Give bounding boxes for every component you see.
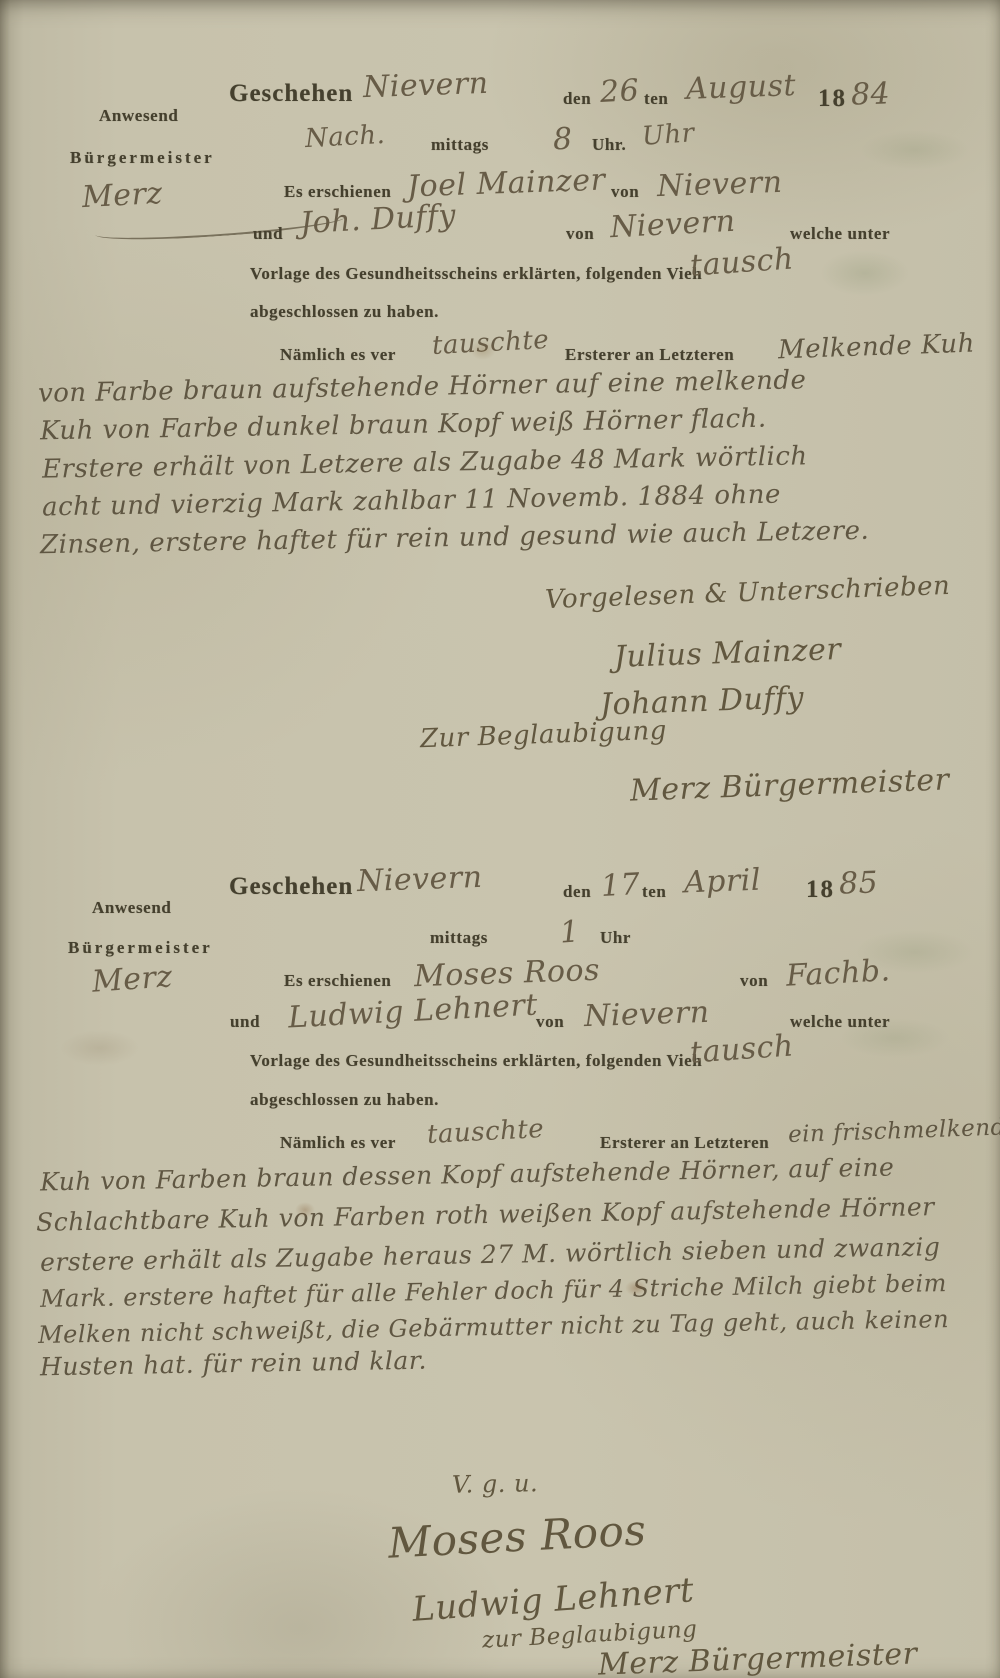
s2-year-hand: 85	[838, 865, 878, 901]
s2-naemlich-label: Nämlich es ver	[280, 1133, 396, 1153]
s2-signature-person1: Moses Roos	[387, 1505, 648, 1567]
s2-body-line: Mark. erstere haftet für alle Fehler doc…	[40, 1269, 947, 1313]
s1-text-start: Melkende Kuh	[778, 329, 976, 366]
s2-eserschienen-label: Es erschienen	[284, 971, 391, 991]
s1-body-line: acht und vierzig Mark zahlbar 11 Novemb.…	[42, 480, 781, 523]
s1-uhr-hand: Uhr	[641, 118, 696, 152]
s1-buergermeister-label: Bürgermeister	[70, 148, 215, 168]
s2-text-start: ein frischmelkende	[788, 1114, 1000, 1148]
s1-day: 26	[599, 73, 640, 110]
s1-geschehen-label: Geschehen	[229, 80, 353, 108]
s1-anwesend-label: Anwesend	[99, 106, 178, 126]
s2-abgeschlossen-label: abgeschlossen zu haben.	[250, 1090, 439, 1110]
s1-den-label: den	[563, 89, 591, 109]
s1-person2: Joh. Duffy	[299, 198, 457, 241]
s1-ten-label: ten	[644, 89, 668, 109]
s2-body-line: Melken nicht schweißt, die Gebärmutter n…	[38, 1305, 949, 1349]
s1-person1-place: Nievern	[656, 165, 783, 204]
s1-mittags-label: mittags	[431, 135, 489, 155]
s2-person2-place: Nievern	[583, 995, 710, 1034]
s1-von2-label: von	[566, 224, 594, 244]
s1-place: Nievern	[362, 66, 489, 105]
s1-ver-word: tauschte	[431, 325, 550, 361]
s2-ten-label: ten	[642, 882, 666, 902]
s2-body-line: Husten hat. für rein und klar.	[40, 1346, 427, 1382]
s2-vieh-word: tausch	[689, 1028, 795, 1070]
s1-eserschienen-label: Es erschienen	[284, 182, 391, 202]
s2-year-printed: 18	[806, 876, 835, 904]
s1-year-printed: 18	[818, 85, 847, 113]
s2-anwesend-label: Anwesend	[92, 898, 171, 918]
s2-von2-label: von	[536, 1012, 564, 1032]
s2-margin-signature: Merz	[91, 959, 174, 1000]
s2-den-label: den	[563, 882, 591, 902]
s2-body-line: Schlachtbare Kuh von Farben roth weißen …	[36, 1192, 935, 1237]
s1-abgeschlossen-label: abgeschlossen zu haben.	[250, 302, 439, 322]
s2-body-line: erstere erhält als Zugabe heraus 27 M. w…	[40, 1232, 941, 1277]
s2-day: 17	[600, 867, 641, 904]
s1-body-line: Zinsen, erstere haftet für rein und gesu…	[40, 516, 870, 560]
s1-welcheunter-label: welche unter	[790, 224, 890, 244]
s2-vorlage-label: Vorlage des Gesundheitsscheins erklärten…	[250, 1051, 702, 1071]
bleedthrough-smudge	[820, 250, 910, 296]
s1-body-line: Kuh von Farbe dunkel braun Kopf weiß Hör…	[40, 404, 767, 447]
s2-und-label: und	[230, 1012, 260, 1032]
age-stain	[60, 1030, 140, 1066]
s2-geschehen-label: Geschehen	[229, 873, 353, 901]
s1-person2-place: Nievern	[609, 204, 736, 246]
s1-beglaubigung: Zur Beglaubigung	[420, 716, 668, 755]
s2-welcheunter-label: welche unter	[790, 1012, 890, 1032]
s2-ver-word: tauschte	[426, 1114, 545, 1150]
s1-uhr-label: Uhr.	[592, 135, 626, 155]
s1-signature-person1: Julius Mainzer	[613, 632, 841, 675]
s1-hour: 8	[552, 122, 573, 158]
s1-und-label: und	[253, 224, 283, 244]
s2-place: Nievern	[356, 860, 483, 899]
s2-ersterer-label: Ersterer an Letzteren	[600, 1133, 769, 1153]
s1-vorlage-label: Vorlage des Gesundheitsscheins erklärten…	[250, 264, 702, 284]
s2-person2: Ludwig Lehnert	[287, 987, 538, 1035]
s1-month: August	[685, 68, 796, 107]
s1-margin-signature: Merz	[81, 176, 163, 215]
s2-person1-place: Fachb.	[785, 953, 891, 993]
s1-body-line: Erstere erhält von Letzere als Zugabe 48…	[42, 441, 808, 484]
s1-ersterer-label: Ersterer an Letzteren	[565, 345, 734, 365]
s2-uhr-label: Uhr	[600, 928, 631, 948]
s1-vieh-word: tausch	[689, 241, 795, 283]
s2-hour: 1	[559, 914, 581, 950]
s1-naemlich-label: Nämlich es ver	[280, 345, 396, 365]
s2-body-line: Kuh von Farben braun dessen Kopf aufsteh…	[40, 1153, 895, 1197]
bleedthrough-smudge	[860, 130, 970, 170]
s2-closing: V. g. u.	[452, 1469, 539, 1498]
register-page: Anwesend Bürgermeister Merz Geschehen Ni…	[0, 0, 1000, 1678]
s1-body-line: von Farbe braun aufstehende Hörner auf e…	[38, 365, 807, 408]
s1-amts-signature: Merz Bürgermeister	[629, 762, 950, 808]
s1-closing: Vorgelesen & Unterschrieben	[545, 571, 951, 615]
s2-month: April	[683, 863, 761, 901]
s1-time-prefix: Nach.	[304, 120, 386, 154]
s1-von1-label: von	[611, 182, 639, 202]
s1-year-hand: 84	[850, 76, 890, 112]
s2-von1-label: von	[740, 971, 768, 991]
s2-buergermeister-label: Bürgermeister	[68, 938, 213, 958]
s2-mittags-label: mittags	[430, 928, 488, 948]
